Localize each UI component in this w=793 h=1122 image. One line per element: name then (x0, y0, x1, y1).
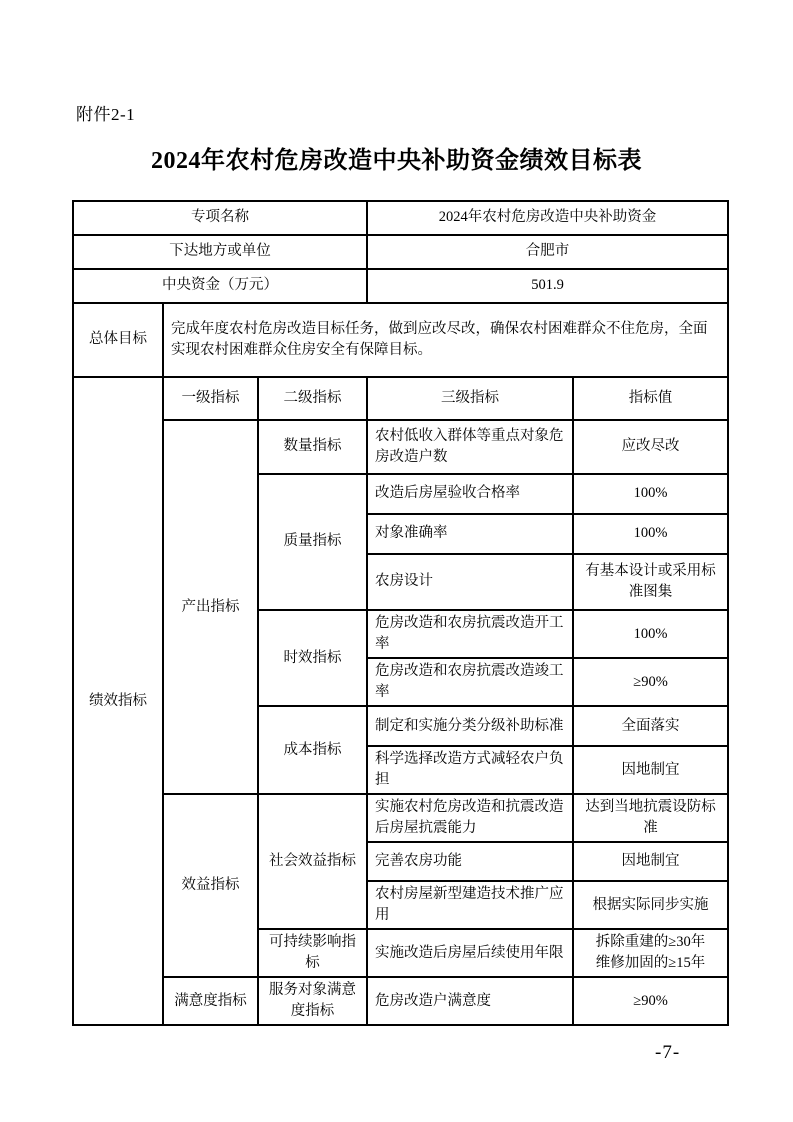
table-row: 专项名称 2024年农村危房改造中央补助资金 (73, 201, 728, 235)
header-value: 指标值 (573, 377, 728, 420)
table-row: 绩效指标 一级指标 二级指标 三级指标 指标值 (73, 377, 728, 420)
level3-indicator: 农房设计 (367, 554, 573, 610)
overall-goal-label: 总体目标 (73, 303, 163, 377)
info-label-region: 下达地方或单位 (73, 235, 367, 269)
table-row: 总体目标 完成年度农村危房改造目标任务，做到应改尽改，确保农村困难群众不住危房，… (73, 303, 728, 377)
info-label-central-funds: 中央资金（万元） (73, 269, 367, 303)
main-table: 专项名称 2024年农村危房改造中央补助资金 下达地方或单位 合肥市 中央资金（… (72, 200, 729, 1026)
info-value-region: 合肥市 (367, 235, 728, 269)
level2-social: 社会效益指标 (258, 794, 367, 929)
level3-indicator: 危房改造户满意度 (367, 977, 573, 1025)
table-row: 中央资金（万元） 501.9 (73, 269, 728, 303)
level1-benefit: 效益指标 (163, 794, 258, 977)
indicator-value: 100% (573, 610, 728, 658)
section-label-performance-indicators: 绩效指标 (73, 377, 163, 1025)
indicator-value: ≥90% (573, 658, 728, 706)
level3-indicator: 农村房屋新型建造技术推广应用 (367, 881, 573, 929)
indicator-value: 根据实际同步实施 (573, 881, 728, 929)
header-level2: 二级指标 (258, 377, 367, 420)
table-row: 效益指标 社会效益指标 实施农村危房改造和抗震改造后房屋抗震能力 达到当地抗震设… (73, 794, 728, 842)
info-value-central-funds: 501.9 (367, 269, 728, 303)
page-title: 2024年农村危房改造中央补助资金绩效目标表 (0, 140, 793, 175)
level1-satisfaction: 满意度指标 (163, 977, 258, 1025)
page-number: -7- (655, 1042, 680, 1064)
level3-indicator: 对象准确率 (367, 514, 573, 554)
level2-cost: 成本指标 (258, 706, 367, 794)
indicator-value: 因地制宜 (573, 746, 728, 794)
level2-timeliness: 时效指标 (258, 610, 367, 706)
info-label-project-name: 专项名称 (73, 201, 367, 235)
indicator-value: 100% (573, 474, 728, 514)
level3-indicator: 实施农村危房改造和抗震改造后房屋抗震能力 (367, 794, 573, 842)
level3-indicator: 改造后房屋验收合格率 (367, 474, 573, 514)
document-page: 附件2-1 2024年农村危房改造中央补助资金绩效目标表 专项名称 2024年农… (0, 0, 793, 1122)
level3-indicator: 制定和实施分类分级补助标准 (367, 706, 573, 746)
attachment-label: 附件2-1 (76, 100, 135, 125)
indicator-value: 应改尽改 (573, 420, 728, 474)
indicator-value: 因地制宜 (573, 842, 728, 881)
level3-indicator: 危房改造和农房抗震改造竣工率 (367, 658, 573, 706)
info-value-project-name: 2024年农村危房改造中央补助资金 (367, 201, 728, 235)
level2-quantity: 数量指标 (258, 420, 367, 474)
indicator-value: 有基本设计或采用标准图集 (573, 554, 728, 610)
level2-sustain: 可持续影响指标 (258, 929, 367, 977)
header-level3: 三级指标 (367, 377, 573, 420)
level3-indicator: 完善农房功能 (367, 842, 573, 881)
overall-goal-text: 完成年度农村危房改造目标任务，做到应改尽改，确保农村困难群众不住危房，全面实现农… (163, 303, 728, 377)
table-row: 下达地方或单位 合肥市 (73, 235, 728, 269)
level3-indicator: 实施改造后房屋后续使用年限 (367, 929, 573, 977)
level3-indicator: 农村低收入群体等重点对象危房改造户数 (367, 420, 573, 474)
indicator-value: 100% (573, 514, 728, 554)
level3-indicator: 危房改造和农房抗震改造开工率 (367, 610, 573, 658)
table-row: 产出指标 数量指标 农村低收入群体等重点对象危房改造户数 应改尽改 (73, 420, 728, 474)
level2-service: 服务对象满意度指标 (258, 977, 367, 1025)
level3-indicator: 科学选择改造方式减轻农户负担 (367, 746, 573, 794)
header-level1: 一级指标 (163, 377, 258, 420)
level2-quality: 质量指标 (258, 474, 367, 610)
table-row: 满意度指标 服务对象满意度指标 危房改造户满意度 ≥90% (73, 977, 728, 1025)
indicator-value: 拆除重建的≥30年 维修加固的≥15年 (573, 929, 728, 977)
performance-target-table: 专项名称 2024年农村危房改造中央补助资金 下达地方或单位 合肥市 中央资金（… (72, 200, 729, 1026)
indicator-value: 达到当地抗震设防标准 (573, 794, 728, 842)
level1-output: 产出指标 (163, 420, 258, 794)
indicator-value: ≥90% (573, 977, 728, 1025)
indicator-value: 全面落实 (573, 706, 728, 746)
